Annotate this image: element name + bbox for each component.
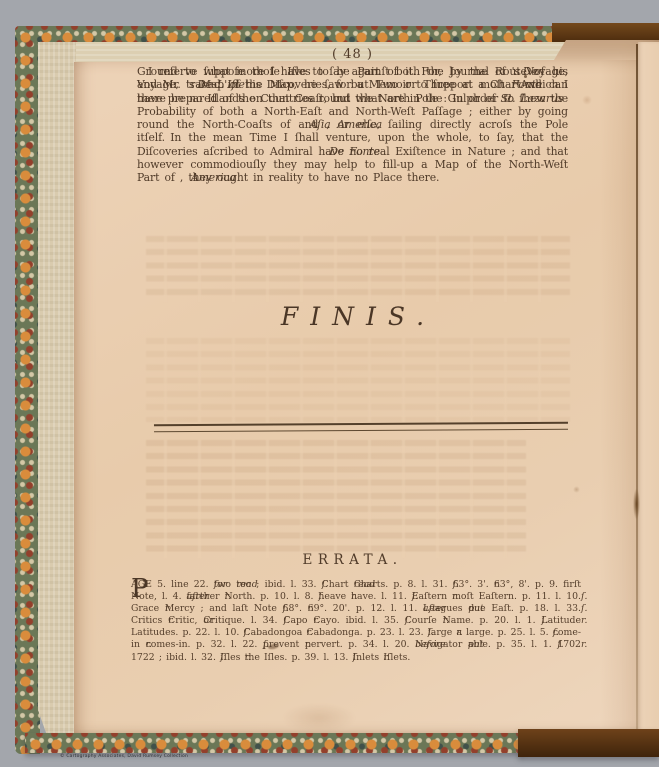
showthrough-texture [146,338,570,422]
next-page-edge [638,42,659,736]
stain-mark [282,703,356,733]
page-stack-left-edge [38,42,76,738]
scanned-book-photo: ( 48 ) Ground to ſuppoſe thoſe Iſles to … [0,0,659,767]
leather-spine-bottom-edge [518,729,659,757]
showthrough-texture [146,236,570,302]
gutter-knot [633,488,640,520]
showthrough-texture [146,440,526,558]
watermark-text: © Cartography Associates, David Rumsey C… [60,754,188,759]
finis-text: FINIS. [137,302,568,331]
body-paragraph-2: I reſerve what more I have to ſay againſ… [137,65,568,185]
marbled-cover-bottom-edge [25,733,523,753]
gutter-shading [600,60,636,736]
marbled-cover-left-edge [15,26,40,754]
leather-spine-top-edge [552,23,659,42]
errata-heading: ERRATA. [137,552,568,568]
stain-mark [573,486,580,493]
stain-mark [582,95,592,105]
errata-text: AGE 5. line 22. for two read too ; ibid.… [131,579,581,664]
gutter-line [636,44,638,734]
page-number: ( 48 ) [137,47,568,62]
